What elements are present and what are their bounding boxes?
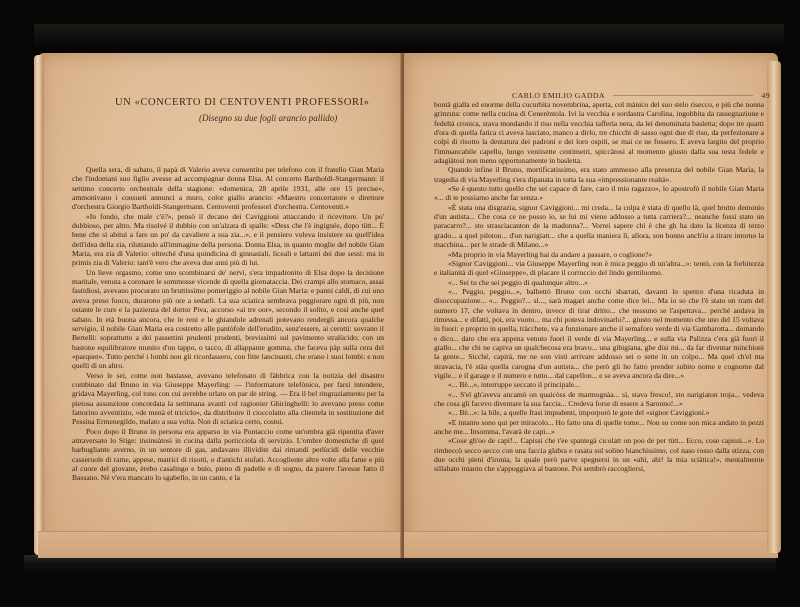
paragraph: Quella sera, di sabato, il papà di Valer… [72,165,384,212]
paragraph: Un lieve orgasmo, come uno scombinarsi d… [72,268,384,371]
paragraph: «... Sei tu che sei peggio di qualunque … [434,278,764,287]
left-page-body: Quella sera, di sabato, il papà di Valer… [72,165,384,483]
paragraph: «... S'el gh'aveva ancamò on quaicòss de… [434,390,764,409]
paragraph: Verso le sei, come non bastasse, avevano… [72,371,384,427]
chapter-subtitle: (Disegno su due fogli arancio pallido) [199,113,415,123]
page-bottom-band [38,531,402,558]
paragraph: «... Bè...»: la bile, a quelle frasi imp… [434,408,764,417]
paragraph: «... Bè...», interruppe seccato il princ… [434,380,764,389]
paragraph: «... Peggio, peggio...», balbettò Bruno … [434,287,764,380]
paragraph: «E intanto sono qui per miracolo... Ho f… [434,418,764,437]
chapter-title: UN «CONCERTO DI CENTOVENTI PROFESSORI» [115,97,415,108]
paragraph: «Cose gh'oo de capì!... Capissi che t'ee… [434,436,764,473]
paragraph: «In fondo, che male c'è?», pensò il deca… [72,212,384,268]
paragraph: «Ma proprio in via Mayerling hai da anda… [434,250,764,259]
paragraph: Quando infine il Bruno, mortificatissimo… [434,165,764,184]
book-spine-bottom-edge [24,555,776,577]
header-rule [613,95,753,96]
author-name: CARLO EMILIO GADDA [512,91,605,100]
running-head: CARLO EMILIO GADDA 49 [512,91,770,100]
page-bottom-band [404,531,778,558]
paragraph: Poco dopo il Bruno in persona era appars… [72,427,384,483]
book-spine-top-edge [34,24,784,50]
paragraph: bontà gialla ed enorme della cucurbita n… [434,100,764,165]
right-page-body: bontà gialla ed enorme della cucurbita n… [434,100,764,474]
chapter-heading: UN «CONCERTO DI CENTOVENTI PROFESSORI» (… [115,97,415,123]
paragraph: «Se è questo tutto quello che sei capace… [434,184,764,203]
page-number: 49 [761,91,770,100]
paragraph: «Signor Caviggioni... via Giuseppe Mayer… [434,259,764,278]
paragraph: «È stata una disgrazia, signor Caviggion… [434,203,764,250]
